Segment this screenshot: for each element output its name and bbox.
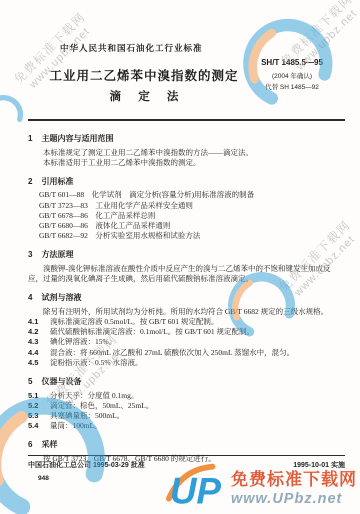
clause-text: 滴定管：棕色，50mL、25mL。 xyxy=(50,401,153,411)
reference-item: GB/T 6680—86 液体化工产品采样通则 xyxy=(28,221,345,231)
section-title: 采样 xyxy=(41,440,57,449)
clause-number: 4.3 xyxy=(28,337,50,347)
confirm-note: (2004 年确认) xyxy=(239,71,345,80)
replaces-note: 代替 SH 1485—92 xyxy=(239,82,345,91)
clause-text: 量筒：100mL。 xyxy=(50,421,102,431)
reference-item: GB/T 6678—86 化工产品采样总则 xyxy=(28,211,345,221)
section-2-heading: 2引用标准 xyxy=(28,176,345,187)
brand-text-block: 免费标准下载网 www.UPbz.net xyxy=(231,465,357,507)
reference-item: GB/T 601—88 化学试剂 滴定分析(容量分析)用标准溶液的制备 xyxy=(28,190,345,200)
upbz-logo-stamp-icon xyxy=(0,92,26,134)
standard-document-page: 免费标准下载网 www.upbz.net 免费标准下载网 www.upbz.ne… xyxy=(0,0,360,514)
section-number: 1 xyxy=(28,134,32,143)
clause-number: 5.2 xyxy=(28,401,50,411)
section-title: 仪器与设备 xyxy=(41,377,81,386)
clause-item: 5.1分析天平：分度值 0.1mg。 xyxy=(28,391,345,401)
approval-text: 中国石油化工总公司 1995-03-29 批准 xyxy=(28,460,145,470)
clause-item: 5.3具塞碘量瓶：500mL。 xyxy=(28,411,345,421)
brand-site-url: www.UPbz.net xyxy=(231,491,357,507)
section-number: 3 xyxy=(28,250,32,259)
clause-number: 4.4 xyxy=(28,348,50,358)
upbz-logo-icon: UP xyxy=(164,461,228,511)
clause-text: 混合液：将 660mL 冰乙酸和 27mL 硫酸依次加入 250mL 蒸馏水中，… xyxy=(50,348,294,358)
section-5-heading: 5仪器与设备 xyxy=(28,376,345,387)
section-4-heading: 4试剂与溶液 xyxy=(28,292,345,303)
standard-title-line2: 滴 定 法 xyxy=(28,88,260,104)
clause-number: 4.1 xyxy=(28,317,50,327)
footer-divider xyxy=(28,455,345,456)
section-1-paragraph: 本标准适用于工业用二乙烯苯中溴指数的测定。 xyxy=(28,158,345,168)
clause-number: 5.3 xyxy=(28,411,50,421)
upbz-brand-mark: UP 免费标准下载网 www.UPbz.net xyxy=(164,461,357,511)
clause-text: 淀粉指示液：0.5% 水溶液。 xyxy=(50,358,143,368)
section-number: 5 xyxy=(28,377,32,386)
section-6-heading: 6采样 xyxy=(28,439,345,450)
clause-number: 4.5 xyxy=(28,358,50,368)
section-number: 4 xyxy=(28,293,32,302)
issuing-org-line: 中华人民共和国石油化工行业标准 xyxy=(60,42,345,54)
clause-item: 5.4量筒：100mL。 xyxy=(28,421,345,431)
brand-site-name: 免费标准下载网 xyxy=(231,465,357,490)
section-3-paragraph: 溴酸钾-溴化钾标准溶液在酸性介质中反应产生的溴与二乙烯苯中的不饱和键发生加成反应… xyxy=(28,264,345,284)
standard-number-block: SH/T 1485.5—95 (2004 年确认) 代替 SH 1485—92 xyxy=(239,58,345,91)
section-1-heading: 1主题内容与适用范围 xyxy=(28,133,345,144)
clause-item: 4.4混合液：将 660mL 冰乙酸和 27mL 硫酸依次加入 250mL 蒸馏… xyxy=(28,348,345,358)
clause-text: 具塞碘量瓶：500mL。 xyxy=(50,411,124,421)
clause-text: 溴标准滴定溶液 0.5mol/L。按 GB/T 601 规定配制。 xyxy=(50,317,218,327)
clause-item: 4.2硫代硫酸钠标准滴定溶液：0.1mol/L。按 GB/T 601 规定配制。 xyxy=(28,327,345,337)
reference-item: GB/T 3723—83 工业用化学产品采样安全通则 xyxy=(28,201,345,211)
section-1-paragraph: 本标准规定了测定工业用二乙烯苯中溴指数的方法——滴定法。 xyxy=(28,148,345,158)
clause-item: 4.5淀粉指示液：0.5% 水溶液。 xyxy=(28,358,345,368)
clause-number: 4.2 xyxy=(28,327,50,337)
clause-text: 碘化钾溶液：15%。 xyxy=(50,337,116,347)
standard-title-line1: 工业用二乙烯苯中溴指数的测定 xyxy=(28,66,260,84)
clause-item: 4.1溴标准滴定溶液 0.5mol/L。按 GB/T 601 规定配制。 xyxy=(28,317,345,327)
clause-number: 5.4 xyxy=(28,421,50,431)
clause-text: 分析天平：分度值 0.1mg。 xyxy=(50,391,138,401)
standard-number: SH/T 1485.5—95 xyxy=(239,58,345,67)
clause-text: 硫代硫酸钠标准滴定溶液：0.1mol/L。按 GB/T 601 规定配制。 xyxy=(50,327,254,337)
section-number: 6 xyxy=(28,440,32,449)
clause-item: 5.2滴定管：棕色，50mL、25mL。 xyxy=(28,401,345,411)
header-divider xyxy=(28,119,345,121)
section-title: 主题内容与适用范围 xyxy=(41,134,113,143)
reference-item: GB/T 6682—92 分析实验室用水规格和试验方法 xyxy=(28,231,345,241)
document-content: 中华人民共和国石油化工行业标准 工业用二乙烯苯中溴指数的测定 滴 定 法 SH/… xyxy=(28,42,345,464)
clause-number: 5.1 xyxy=(28,391,50,401)
section-title: 方法原理 xyxy=(41,250,73,259)
clause-item: 4.3碘化钾溶液：15%。 xyxy=(28,337,345,347)
section-3-heading: 3方法原理 xyxy=(28,249,345,260)
brand-logo-letters: UP xyxy=(170,470,222,511)
section-title: 试剂与溶液 xyxy=(41,293,81,302)
section-title: 引用标准 xyxy=(41,177,73,186)
section-number: 2 xyxy=(28,177,32,186)
section-4-intro: 除另有注明外，所用试剂均为分析纯。所用的水均符合 GB/T 6682 规定的三级… xyxy=(28,307,345,317)
